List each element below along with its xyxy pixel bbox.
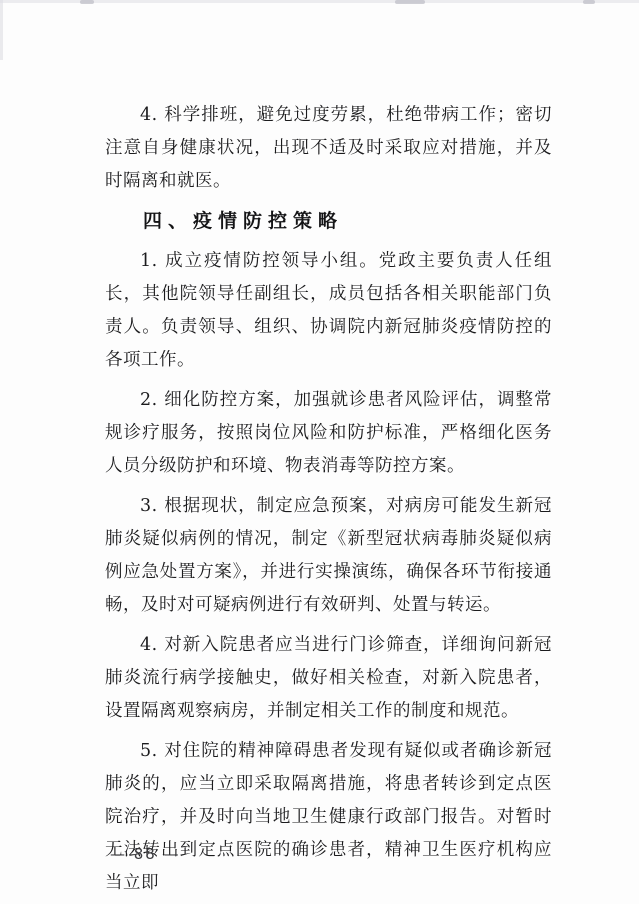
page-number: — 88 — xyxy=(110,845,181,863)
section-heading: 四、疫情防控策略 xyxy=(105,205,552,238)
scanned-document-page: 4. 科学排班，避免过度劳累，杜绝带病工作；密切注意自身健康状况，出现不适及时采… xyxy=(0,0,639,904)
paragraph-item-2: 2. 细化防控方案，加强就诊患者风险评估，调整常规诊疗服务，按照岗位风险和防护标… xyxy=(105,384,552,483)
paragraph-item-5: 5. 对住院的精神障碍患者发现有疑似或者确诊新冠肺炎的，应当立即采取隔离措施，将… xyxy=(105,735,552,900)
scan-artifact-smudge xyxy=(583,0,595,4)
paragraph-intro-item-4: 4. 科学排班，避免过度劳累，杜绝带病工作；密切注意自身健康状况，出现不适及时采… xyxy=(105,99,552,198)
paragraph-item-3: 3. 根据现状，制定应急预案，对病房可能发生新冠肺炎疑似病例的情况，制定《新型冠… xyxy=(105,490,552,622)
scan-artifact-smudge xyxy=(395,0,425,4)
paragraph-item-1: 1. 成立疫情防控领导小组。党政主要负责人任组长，其他院领导任副组长，成员包括各… xyxy=(105,245,552,377)
scan-artifact-top-edge xyxy=(0,0,639,3)
scan-artifact-left-edge xyxy=(0,0,3,60)
paragraph-item-4: 4. 对新入院患者应当进行门诊筛查，详细询问新冠肺炎流行病学接触史，做好相关检查… xyxy=(105,629,552,728)
page-content: 4. 科学排班，避免过度劳累，杜绝带病工作；密切注意自身健康状况，出现不适及时采… xyxy=(105,99,552,904)
scan-artifact-smudge xyxy=(80,0,94,4)
